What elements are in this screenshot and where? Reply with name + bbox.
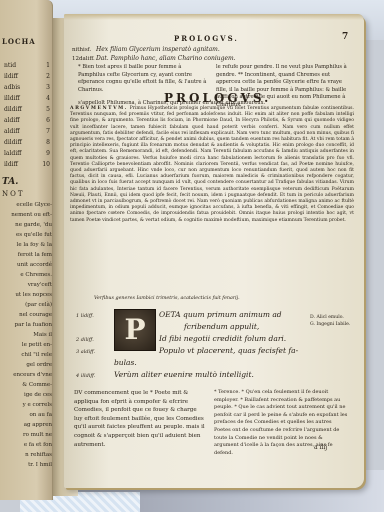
side-note: D. Alicl emulo. G. Ingegni Iabile. [310, 314, 360, 328]
verse-line: Id fibi negotii credidit folum dari. [159, 333, 286, 345]
list-item: aldiff6 [4, 117, 50, 128]
argument-prose: ARGVMENTVM. Primus Hypotheticis prologis… [70, 106, 354, 224]
list-item: ildiff10 [4, 161, 50, 172]
verse-line: bulas. [114, 357, 137, 369]
left-page-list: ntid1 ildiff2 adbis3 illdiff4 dildiff5 a… [4, 62, 50, 172]
verse-line-marker: 3 aldiff. [76, 349, 95, 355]
left-page-heading: LOCHA [2, 38, 36, 46]
list-item: dildiff8 [4, 139, 50, 150]
list-item: illdiff4 [4, 95, 50, 106]
meter-note: Verfibus generes Iambici trimetris, acat… [94, 296, 240, 301]
verse-line: Verùm aliter euenire multò intelligit. [114, 369, 254, 381]
verse-line: Populo vt placerent, quas fecisfet fa- [159, 345, 298, 357]
verse-line: fcribendum appulit, [184, 321, 259, 333]
section-title: PROLOGVS. [164, 91, 271, 105]
french-commentary-left: DV commencement que le * Poete mit & app… [74, 389, 206, 449]
french-translation-left: * Bien tost apres il baille pour femme à… [78, 64, 210, 94]
verse-line-marker: 4 illdiff. [76, 373, 96, 379]
verse-line-marker: 1 lidiff. [76, 313, 94, 319]
left-page-ta: TA. [2, 178, 18, 186]
left-page-text: ecelle Glyce- nement ou eft- ne garde, '… [0, 200, 52, 470]
list-item: dildiff5 [4, 106, 50, 117]
list-item: laldiff9 [4, 150, 50, 161]
left-page-ot: NOT [2, 190, 25, 198]
list-item: ntid1 [4, 62, 50, 73]
decorated-initial: P [114, 309, 156, 351]
french-commentary-right: * Terence. * Qu'en cela feulement il fe … [214, 389, 348, 457]
list-item: aldiff7 [4, 128, 50, 139]
list-item: ildiff2 [4, 73, 50, 84]
running-head: PROLOGVS. [174, 34, 239, 43]
verse-line: OETA quum primum animum ad [159, 309, 282, 321]
left-page: LOCHA ntid1 ildiff2 adbis3 illdiff4 dild… [0, 0, 53, 500]
page-number: 7 [342, 32, 348, 42]
list-item: adbis3 [4, 84, 50, 95]
signature-mark: a iiij [314, 444, 327, 451]
argument-line: 12daliff.Dat. Pamphilo hanc, aliam Chari… [72, 54, 352, 64]
verse-line-marker: 2 diliff. [76, 337, 94, 343]
right-page: PROLOGVS. 7 nithisf.Hex filiam Glycerium… [64, 14, 364, 488]
